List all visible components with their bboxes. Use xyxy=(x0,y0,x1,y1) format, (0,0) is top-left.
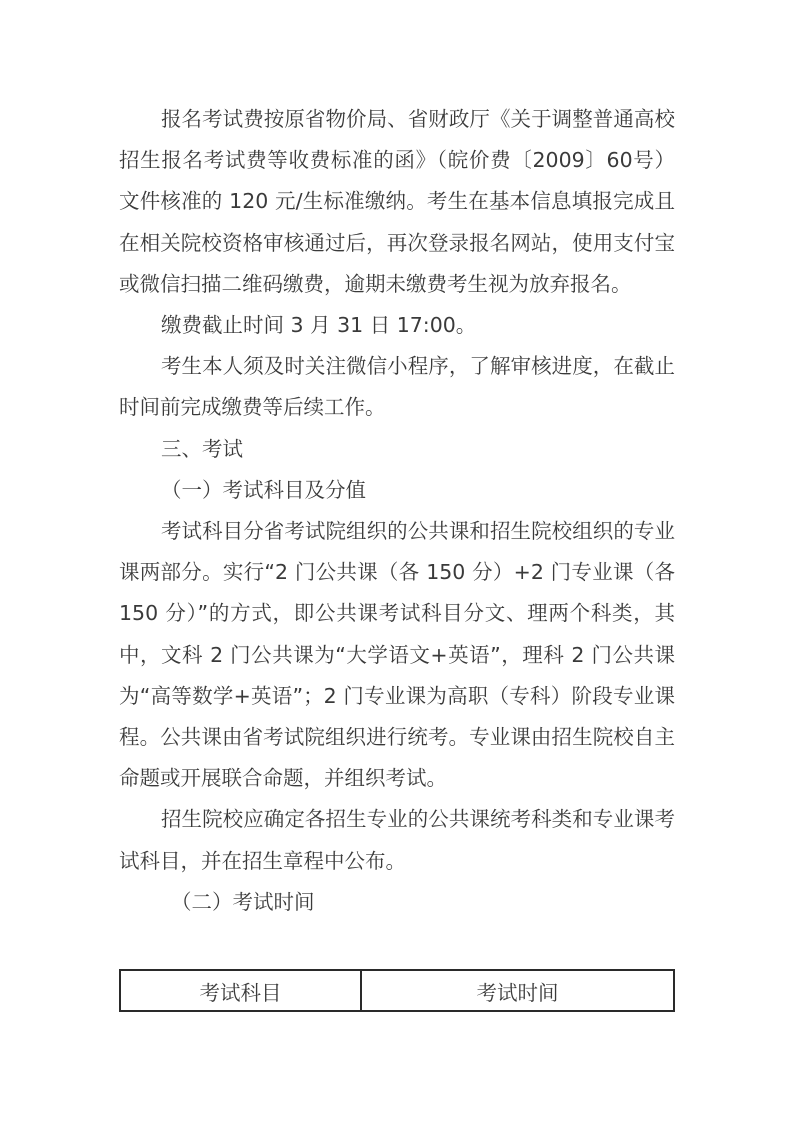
table-header-subject: 考试科目 xyxy=(120,970,361,1011)
paragraph-schools-publish: 招生院校应确定各招生专业的公共课统考科类和专业课考试科目，并在招生章程中公布。 xyxy=(119,799,675,881)
subsection-heading-time: （二）考试时间 xyxy=(119,882,675,923)
paragraph-subjects-desc: 考试科目分省考试院组织的公共课和招生院校组织的专业课两部分。实行“2 门公共课（… xyxy=(119,511,675,799)
subsection-heading-subjects: （一）考试科目及分值 xyxy=(119,470,675,511)
section-heading-exam: 三、考试 xyxy=(119,429,675,470)
exam-schedule-table: 考试科目 考试时间 xyxy=(119,969,675,1012)
table-header-row: 考试科目 考试时间 xyxy=(120,970,674,1011)
document-page: 报名考试费按原省物价局、省财政厅《关于调整普通高校招生报名考试费等收费标准的函》… xyxy=(119,99,675,923)
paragraph-fee-deadline: 缴费截止时间 3 月 31 日 17:00。 xyxy=(119,305,675,346)
table-header-time: 考试时间 xyxy=(361,970,674,1011)
paragraph-fee-standard: 报名考试费按原省物价局、省财政厅《关于调整普通高校招生报名考试费等收费标准的函》… xyxy=(119,99,675,305)
paragraph-follow-wechat: 考生本人须及时关注微信小程序，了解审核进度，在截止时间前完成缴费等后续工作。 xyxy=(119,346,675,428)
